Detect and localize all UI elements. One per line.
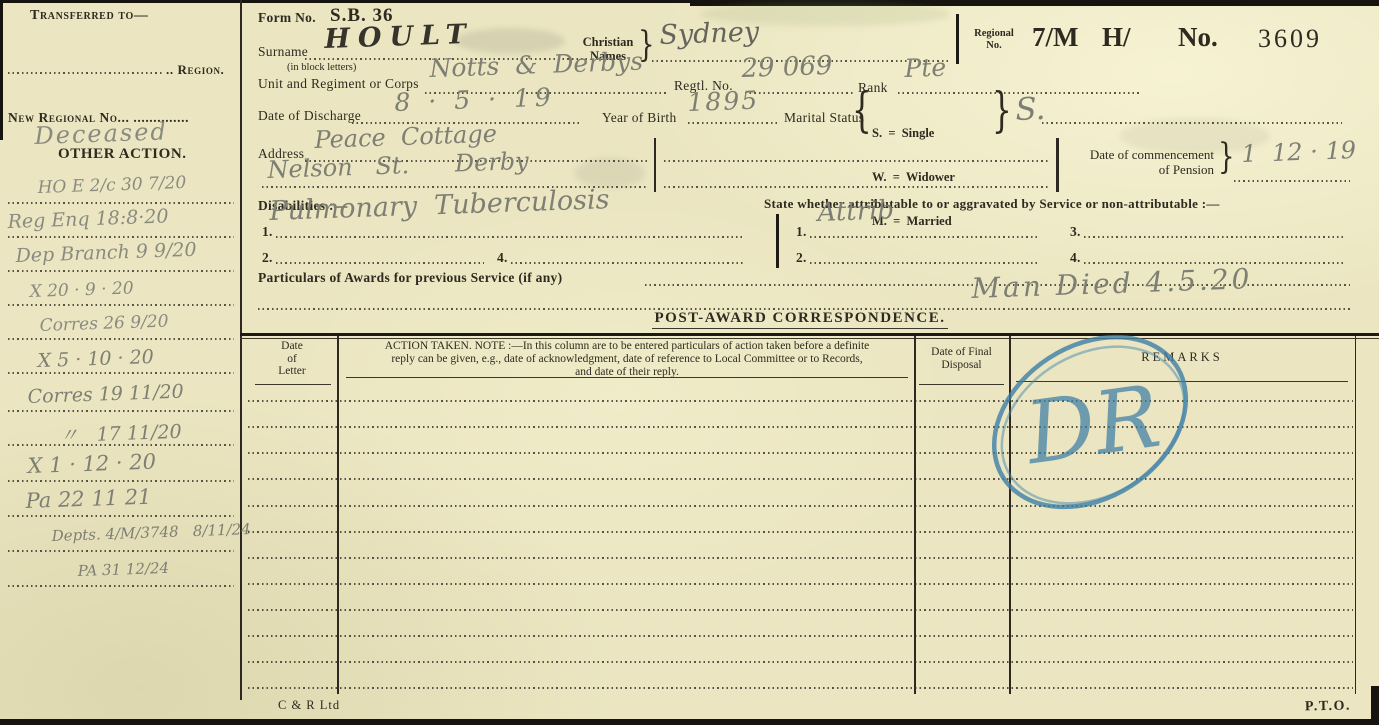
- dr-stamp-monogram: DR: [1018, 367, 1166, 485]
- other-action-note: X 20 · 9 · 20: [29, 278, 134, 302]
- note-rule: [8, 270, 234, 272]
- marital-brace-close: }: [992, 87, 1012, 135]
- scan-edge-bottom: [0, 719, 1379, 725]
- discharge-value: 8 · 5 · 19: [394, 82, 556, 117]
- attrib-2-dotted: [810, 262, 1040, 264]
- title-underline: [652, 328, 948, 329]
- dr-stamp: DR: [968, 326, 1218, 526]
- marital-dotted-line: [1042, 122, 1342, 124]
- attrib-2-number: 2.: [796, 250, 807, 266]
- unit-value: Notts & Derbys: [429, 47, 644, 83]
- other-action-note: HO E 2/c 30 7/20: [37, 173, 186, 198]
- region-label: .. Region.: [166, 62, 224, 78]
- disability-2-number: 2.: [262, 250, 273, 266]
- address-divider-line: [654, 138, 656, 192]
- other-action-note: Depts. 4/M/3748 8/11/24: [51, 520, 251, 545]
- blank-dotted-line-1: [664, 160, 1048, 162]
- col-header-action-taken: ACTION TAKEN. NOTE :—In this column are …: [345, 340, 909, 380]
- attrib-3-dotted: [1084, 236, 1346, 238]
- other-action-note: X 5 · 10 · 20: [37, 346, 154, 372]
- pension-dotted-line: [1234, 180, 1350, 182]
- transferred-to-label: Transferred to—: [30, 8, 148, 24]
- disability-4-number: 4.: [497, 250, 508, 266]
- note-rule: [8, 236, 234, 238]
- table-row: [248, 661, 1353, 663]
- note-rule: [8, 304, 234, 306]
- region-dotted-line: [8, 72, 163, 74]
- marital-value: S.: [1015, 91, 1046, 128]
- pension-record-card: Transferred to— .. Region. New Regional …: [0, 0, 1379, 725]
- table-col-line-1: [337, 336, 339, 694]
- birth-label: Year of Birth: [602, 110, 677, 126]
- regional-prefix: 7/M: [1032, 22, 1079, 53]
- surname-sublabel: (in block letters): [287, 62, 356, 73]
- note-rule: [8, 480, 234, 482]
- pension-brace: }: [1218, 139, 1235, 174]
- header-subrule-2: [346, 377, 908, 378]
- note-rule: [8, 585, 234, 587]
- disability-1-value: Pulmonary Tuberculosis: [269, 184, 610, 227]
- other-action-label: OTHER ACTION.: [58, 146, 187, 163]
- birth-value: 1895: [687, 86, 760, 117]
- table-row: [248, 687, 1353, 689]
- note-rule: [8, 410, 234, 412]
- pencil-smudge-2: [575, 158, 645, 188]
- regional-number: 3609: [1258, 24, 1322, 54]
- table-row: [248, 609, 1353, 611]
- pension-box-line: [1056, 138, 1059, 192]
- regional-no-label: Regional No.: [968, 28, 1020, 52]
- form-no-label: Form No.: [258, 10, 316, 26]
- regtl-value: 29 069: [741, 51, 833, 84]
- other-action-note: Corres 26 9/20: [39, 312, 169, 336]
- note-rule: [8, 550, 234, 552]
- attrib-4-number: 4.: [1070, 250, 1081, 266]
- pension-value: 1 12 · 19: [1241, 136, 1356, 168]
- other-action-note: Corres 19 11/20: [27, 381, 184, 408]
- surname-value: HOULT: [324, 19, 474, 55]
- regional-box-line: [956, 14, 959, 64]
- table-col-line-2: [914, 336, 916, 694]
- other-action-note: PA 31 12/24: [77, 559, 169, 580]
- pension-commencement-label: Date of commencement of Pension: [1072, 148, 1214, 178]
- blank-dotted-line-2: [664, 186, 1048, 188]
- pto-label: P.T.O.: [1305, 699, 1351, 716]
- table-row: [248, 531, 1353, 533]
- table-title: POST-AWARD CORRESPONDENCE.: [600, 310, 1000, 327]
- regional-no-word: No.: [1178, 22, 1218, 53]
- note-rule: [8, 202, 234, 204]
- attrib-1-value: Attrib: [817, 195, 895, 228]
- christian-value: Sydney: [659, 17, 760, 51]
- birth-dotted-line: [688, 122, 780, 124]
- regional-mid: H/: [1102, 22, 1131, 53]
- regtl-dotted-line: [745, 92, 853, 94]
- other-action-note: Pa 22 11 21: [25, 485, 152, 513]
- scan-edge-left: [0, 0, 3, 140]
- died-note: Man Died 4.5.20: [971, 262, 1253, 305]
- other-action-note: Reg Enq 18:8·20: [7, 205, 169, 233]
- printer-credit: C & R Ltd: [278, 698, 340, 713]
- other-action-note: 〃 17 11/20: [59, 417, 182, 448]
- attrib-3-number: 3.: [1070, 224, 1081, 240]
- note-rule: [8, 372, 234, 374]
- table-col-line-right: [1355, 336, 1356, 694]
- marital-brace-open: {: [852, 87, 872, 135]
- disability-2-dotted: [276, 262, 484, 264]
- disability-4-dotted: [511, 262, 744, 264]
- note-rule: [8, 338, 234, 340]
- note-rule: [8, 515, 234, 517]
- table-row: [248, 583, 1353, 585]
- disability-1-dotted: [276, 236, 744, 238]
- header-subrule-1: [255, 384, 331, 385]
- discharge-label: Date of Discharge: [258, 108, 361, 124]
- marital-options: S. = Single W. = Widower M. = Married: [872, 96, 955, 258]
- awards-label: Particulars of Awards for previous Servi…: [258, 270, 562, 286]
- scan-edge-corner: [1371, 686, 1379, 725]
- table-row: [248, 635, 1353, 637]
- main-divider-line: [240, 0, 242, 700]
- attributable-divider-line: [776, 214, 779, 268]
- attrib-1-dotted: [810, 236, 1040, 238]
- rank-value: Pte: [904, 53, 947, 83]
- surname-label: Surname: [258, 44, 308, 60]
- other-action-note: X 1 · 12 · 20: [27, 450, 156, 478]
- address-value-2: Nelson St. Derby: [267, 147, 529, 184]
- attrib-1-number: 1.: [796, 224, 807, 240]
- col-header-date-of-letter: Date of Letter: [248, 340, 336, 378]
- other-action-note: Dep Branch 9 9/20: [15, 239, 197, 267]
- table-row: [248, 557, 1353, 559]
